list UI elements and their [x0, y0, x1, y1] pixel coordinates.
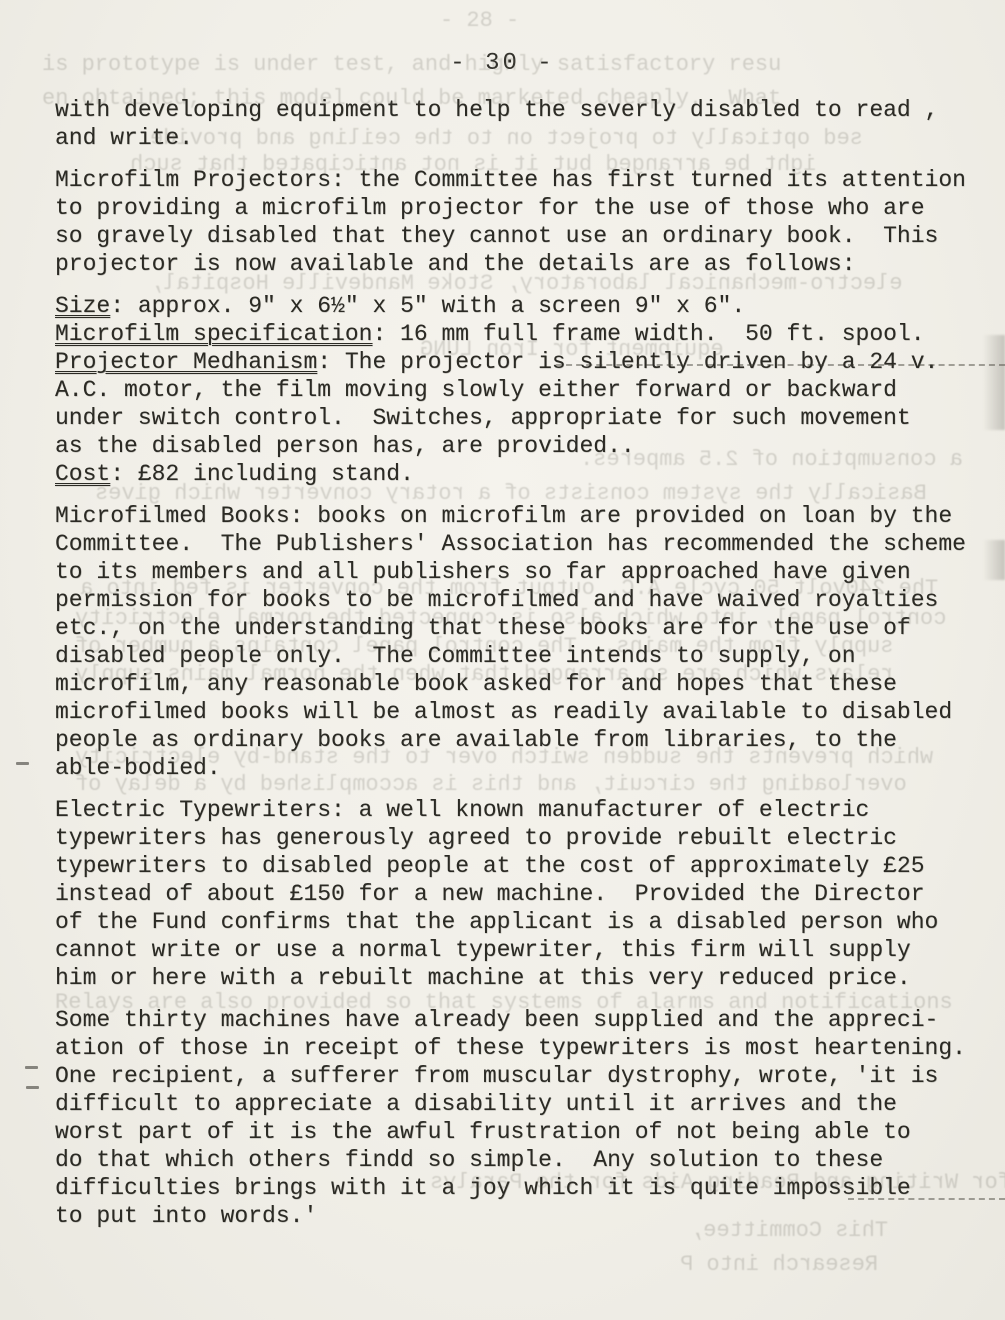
text-line: to providing a microfilm projector for t…: [55, 194, 990, 222]
underlined-heading: Size: [55, 293, 110, 319]
ghost-bleedthrough-text: equipment for Iron LUNG: [420, 337, 724, 363]
text-line: Committee. The Publishers' Association h…: [55, 530, 990, 558]
text-segment: under switch control. Switches, appropri…: [55, 405, 911, 431]
text-line: under switch control. Switches, appropri…: [55, 404, 990, 432]
edge-smudge: [983, 540, 1005, 580]
ghost-bleedthrough-text: supply from the mains. The control panel…: [75, 634, 894, 660]
margin-dash-mark: [25, 1066, 38, 1069]
underlined-heading: Microfilm specification: [55, 321, 372, 347]
text-line: so gravely disabled that they cannot use…: [55, 222, 990, 250]
text-segment: worst part of it is the awful frustratio…: [55, 1119, 911, 1145]
ghost-bleedthrough-text: which prevents the sudden switch over to…: [75, 745, 933, 771]
ghost-bleedthrough-text: Committee for Writing and Reading Aids f…: [430, 1170, 1005, 1196]
text-line: microfilmed books will be almost as read…: [55, 698, 990, 726]
faint-horizontal-rule: [848, 1198, 1005, 1200]
ghost-bleedthrough-text: The 240volt 50 cycle A.C. output from th…: [80, 576, 938, 602]
text-line: him or here with a rebuilt machine at th…: [55, 964, 990, 992]
scanned-document-page: - 30 - with developing equipment to help…: [0, 0, 1005, 1320]
text-line: A.C. motor, the film moving slowly eithe…: [55, 376, 990, 404]
text-line: Electric Typewriters: a well known manuf…: [55, 796, 990, 824]
text-segment: ation of those in receipt of these typew…: [55, 1035, 966, 1061]
text-segment: microfilmed books will be almost as read…: [55, 699, 952, 725]
text-segment: so gravely disabled that they cannot use…: [55, 223, 938, 249]
text-segment: to providing a microfilm projector for t…: [55, 195, 925, 221]
ghost-bleedthrough-text: relays which are so arranged that when t…: [75, 662, 894, 688]
ghost-offset-text: is prototype is under test, and highly s…: [42, 52, 781, 78]
text-segment: difficult to appreciate a disability unt…: [55, 1091, 897, 1117]
text-line: cannot write or use a normal typewriter,…: [55, 936, 990, 964]
ghost-bleedthrough-text: a consumption of 2.5 amperes.: [580, 447, 963, 473]
text-segment: Electric Typewriters: a well known manuf…: [55, 797, 869, 823]
text-line: ation of those in receipt of these typew…: [55, 1034, 990, 1062]
ghost-bleedthrough-text: Basically the system consists of a rotar…: [95, 481, 927, 507]
text-segment: cannot write or use a normal typewriter,…: [55, 937, 911, 963]
text-line: difficult to appreciate a disability unt…: [55, 1090, 990, 1118]
text-line: worst part of it is the awful frustratio…: [55, 1118, 990, 1146]
text-segment: of the Fund confirms that the applicant …: [55, 909, 938, 935]
ghost-bleedthrough-text: electro-mechanical laboratory, Stoke Man…: [150, 271, 903, 297]
paragraph-electric-typewriters: Electric Typewriters: a well known manuf…: [55, 796, 990, 992]
ghost-offset-text: Relays are also provided so that systems…: [55, 990, 953, 1016]
underlined-heading: Projector Medhanism: [55, 349, 317, 375]
ghost-bleedthrough-text: ight be arranged but it is not anticipat…: [130, 152, 817, 178]
text-line: of the Fund confirms that the applicant …: [55, 908, 990, 936]
text-segment: typewriters to disabled people at the co…: [55, 853, 925, 879]
text-segment: to put into words.': [55, 1203, 317, 1229]
text-line: instead of about £150 for a new machine.…: [55, 880, 990, 908]
margin-dash-mark: [16, 762, 29, 765]
text-segment: him or here with a rebuilt machine at th…: [55, 965, 911, 991]
text-segment: A.C. motor, the film moving slowly eithe…: [55, 377, 897, 403]
text-line: typewriters to disabled people at the co…: [55, 852, 990, 880]
text-segment: as the disabled person has, are provided…: [55, 433, 635, 459]
ghost-bleedthrough-text: sed optically to project on to the ceili…: [150, 126, 863, 152]
margin-dash-mark: [26, 1086, 39, 1089]
text-segment: One recipient, a sufferer from muscular …: [55, 1063, 938, 1089]
ghost-offset-text: en obtained; this model could be markete…: [42, 86, 781, 112]
text-line: typewriters has generously agreed to pro…: [55, 824, 990, 852]
ghost-bleedthrough-text: control panel, into which also is connec…: [75, 606, 946, 632]
text-line: One recipient, a sufferer from muscular …: [55, 1062, 990, 1090]
ghost-bleedthrough-text: overloading the circuit, and this is acc…: [75, 772, 907, 798]
ghost-bleedthrough-text: This Committee,: [690, 1218, 888, 1244]
paragraph-microfilm-projectors: Microfilm Projectors: the Committee has …: [55, 166, 990, 278]
ghost-offset-text: - 28 -: [440, 8, 519, 34]
text-segment: Committee. The Publishers' Association h…: [55, 531, 966, 557]
text-segment: instead of about £150 for a new machine.…: [55, 881, 925, 907]
ghost-bleedthrough-text: Research into P: [680, 1252, 878, 1278]
faint-horizontal-rule: [556, 364, 1005, 366]
paragraph-thirty-machines-quote: Some thirty machines have already been s…: [55, 1006, 990, 1230]
text-segment: typewriters has generously agreed to pro…: [55, 825, 897, 851]
edge-smudge: [983, 335, 1005, 430]
